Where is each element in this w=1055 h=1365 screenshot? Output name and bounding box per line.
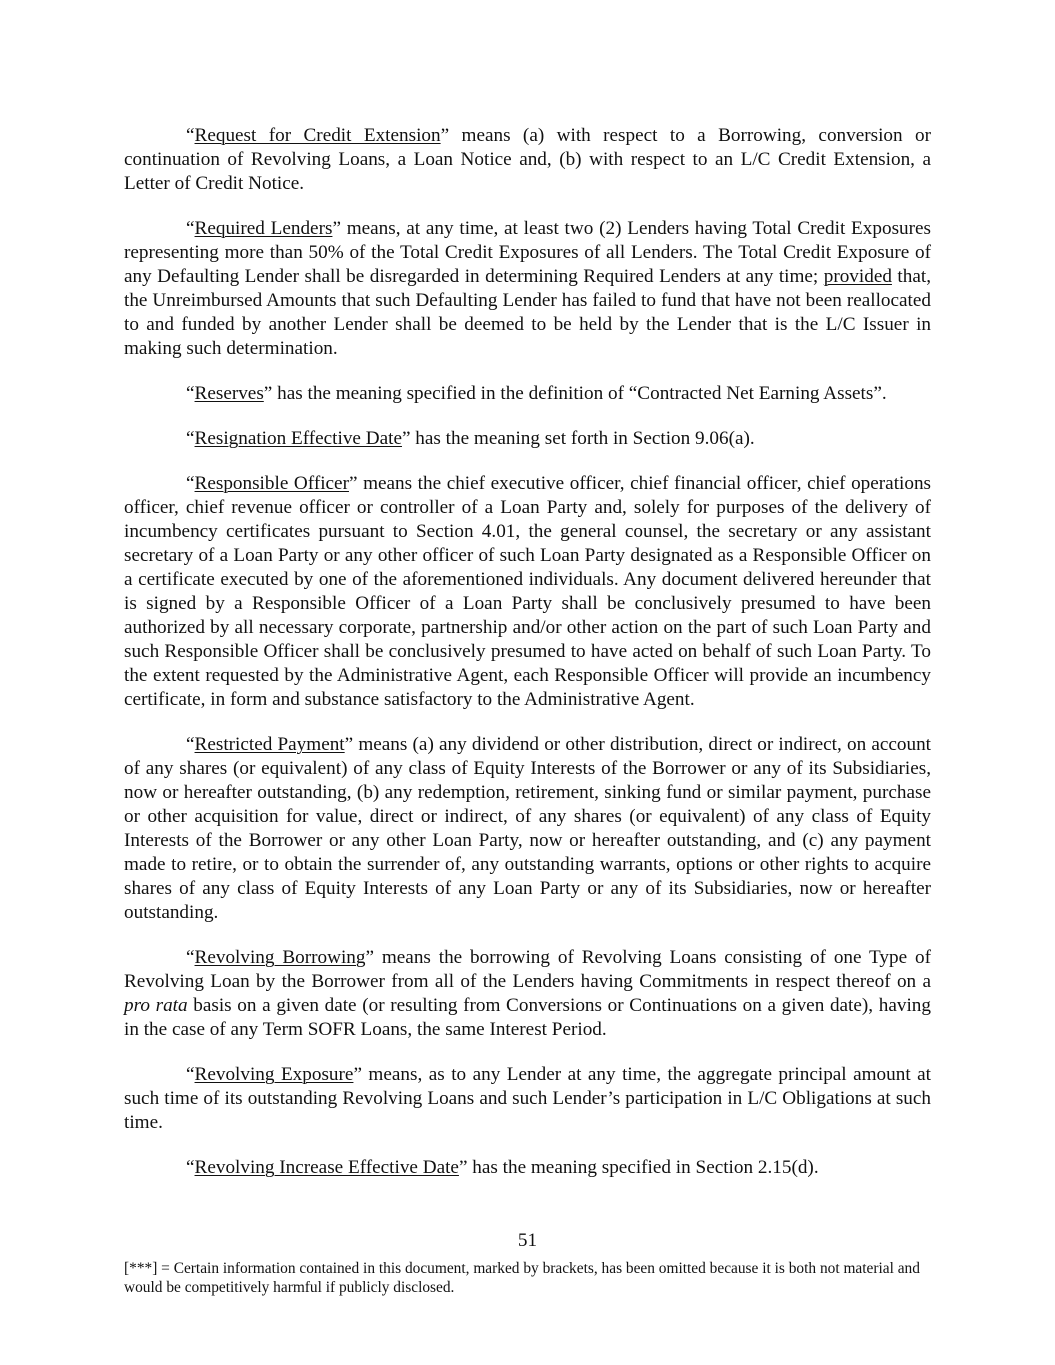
definition-reserves: “Reserves” has the meaning specified in … (124, 382, 931, 406)
defined-term: Revolving Borrowing (195, 947, 366, 968)
definition-text: ” has the meaning specified in Section 2… (459, 1157, 819, 1178)
open-quote: “ (186, 383, 195, 404)
definition-restricted-payment: “Restricted Payment” means (a) any divid… (124, 733, 931, 925)
footnote-confidentiality: [***] = Certain information contained in… (124, 1259, 934, 1297)
open-quote: “ (186, 428, 195, 449)
pro-rata-italic: pro rata (124, 995, 188, 1016)
definition-text: ” means the chief executive officer, chi… (124, 473, 931, 710)
definition-text: ” means (a) any dividend or other distri… (124, 734, 931, 923)
provided-underlined: provided (824, 266, 892, 287)
page-number: 51 (0, 1230, 1055, 1252)
open-quote: “ (186, 1157, 195, 1178)
defined-term: Request for Credit Extension (195, 125, 441, 146)
definition-resignation-effective-date: “Resignation Effective Date” has the mea… (124, 427, 931, 451)
document-body: “Request for Credit Extension” means (a)… (124, 124, 931, 1180)
defined-term: Revolving Exposure (195, 1064, 354, 1085)
defined-term: Responsible Officer (195, 473, 349, 494)
open-quote: “ (186, 734, 195, 755)
definition-revolving-increase-effective-date: “Revolving Increase Effective Date” has … (124, 1156, 931, 1180)
open-quote: “ (186, 1064, 195, 1085)
open-quote: “ (186, 218, 195, 239)
definition-request-for-credit-extension: “Request for Credit Extension” means (a)… (124, 124, 931, 196)
definition-text: ” has the meaning set forth in Section 9… (402, 428, 755, 449)
open-quote: “ (186, 125, 195, 146)
defined-term: Restricted Payment (195, 734, 345, 755)
definition-text: ” has the meaning specified in the defin… (264, 383, 887, 404)
open-quote: “ (186, 947, 195, 968)
definition-required-lenders: “Required Lenders” means, at any time, a… (124, 217, 931, 361)
defined-term: Revolving Increase Effective Date (195, 1157, 459, 1178)
open-quote: “ (186, 473, 195, 494)
definition-revolving-borrowing: “Revolving Borrowing” means the borrowin… (124, 946, 931, 1042)
defined-term: Reserves (195, 383, 264, 404)
definition-text-continued: basis on a given date (or resulting from… (124, 995, 931, 1040)
definition-responsible-officer: “Responsible Officer” means the chief ex… (124, 472, 931, 712)
defined-term: Resignation Effective Date (195, 428, 402, 449)
definition-revolving-exposure: “Revolving Exposure” means, as to any Le… (124, 1063, 931, 1135)
defined-term: Required Lenders (195, 218, 333, 239)
